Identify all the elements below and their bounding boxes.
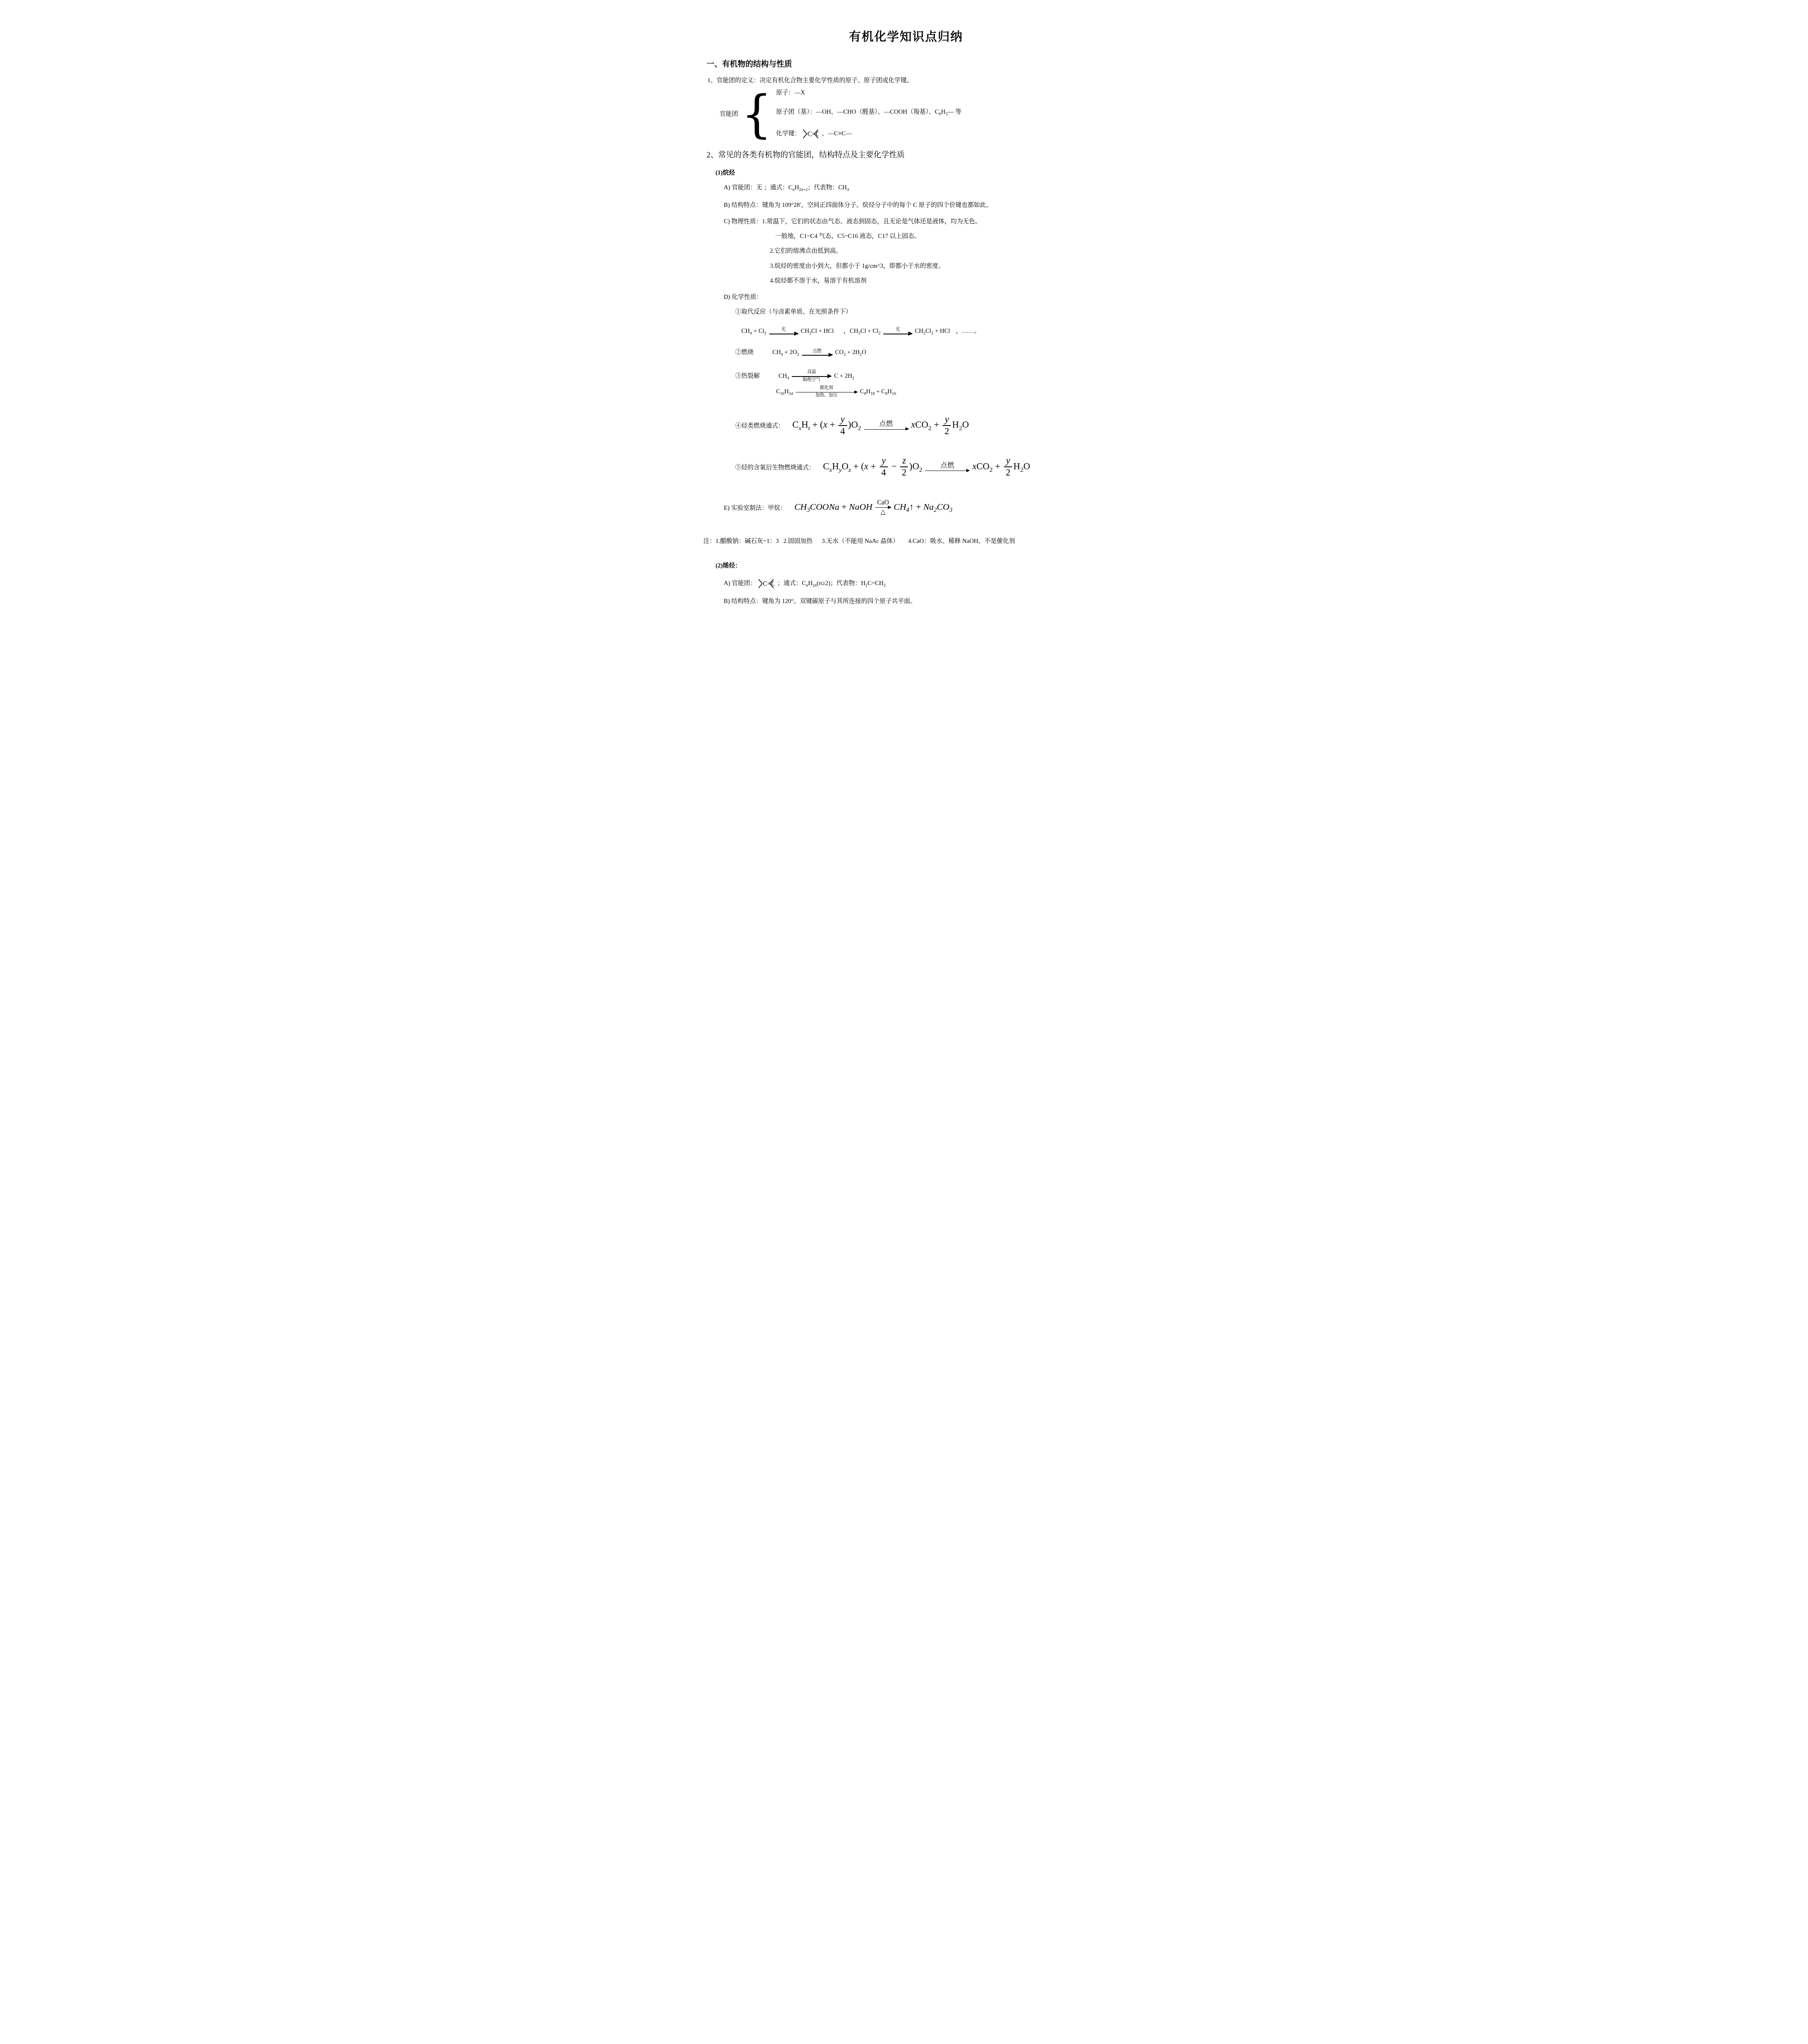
reaction-arrow: 光: [769, 327, 798, 335]
italic-variable: CO: [937, 502, 950, 512]
arrow-condition-bottom: 隔绝空气: [803, 378, 820, 383]
subscript: 16: [780, 392, 784, 396]
subscript: 2: [919, 466, 923, 473]
italic-variable: CH: [794, 502, 807, 512]
page-title: 有机化学知识点归纳: [707, 29, 1106, 45]
subscript: 3: [858, 331, 860, 336]
subscript: 2: [959, 424, 962, 431]
fraction: y4: [880, 456, 888, 478]
italic-variable: Na: [923, 502, 934, 512]
equation-combustion: ②燃烧CH4 + 2O2点燃CO2 + 2H2O: [735, 348, 1106, 358]
subscript: 6: [939, 112, 941, 117]
italic-variable: y: [945, 414, 949, 424]
subscript: 2: [865, 583, 867, 588]
arrow-condition-top: CaO: [877, 499, 889, 506]
note-line: 注：1.醋酸钠：碱石灰=1：3 2.固固加热 3.无水（不能用 NaAc 晶体）…: [703, 537, 1106, 545]
subscript: 8: [885, 392, 887, 396]
italic-variable: n: [819, 580, 822, 587]
section1-heading: 一、有机物的结构与性质: [707, 59, 1106, 70]
subscript: 2: [764, 331, 766, 336]
reaction-arrow: CaO△: [875, 499, 891, 516]
arrow-line: [875, 507, 891, 508]
subscript: 2: [858, 424, 861, 431]
arrow-condition-top: 光: [781, 327, 786, 332]
denominator: 4: [840, 426, 845, 437]
arrow-condition-top: 高温: [807, 370, 816, 375]
hydrocarbon-combustion-label: ④烃类燃烧通式：: [735, 423, 784, 429]
reaction-arrow: 点燃: [864, 420, 908, 430]
alkane-state-range-line: 一般地，C1~C4 气态，C5~C16 液态，C17 以上固态。: [775, 232, 1106, 240]
brace-glyph: {: [742, 89, 772, 139]
brace-items: 原子：—X 原子团（基）：—OH、—CHO（醛基）、—COOH（羧基）、C6H5…: [776, 89, 961, 139]
italic-subscript: y: [839, 466, 842, 473]
italic-subscript: x: [799, 424, 802, 431]
denominator: 4: [881, 467, 886, 478]
alkene-double-bond-icon: C=C: [802, 128, 819, 139]
subscript: 2: [883, 583, 885, 588]
subscript: 4: [781, 352, 783, 357]
numerator: y: [838, 415, 847, 426]
alkane-physical-line: C) 物理性质：1.常温下，它们的状态由气态、液态到固态，且无论是气体还是液体，…: [724, 217, 1106, 226]
italic-variable: x: [972, 461, 976, 471]
fraction: y2: [943, 415, 951, 437]
arrow-line: [769, 334, 798, 334]
subscript: 2: [844, 352, 846, 357]
alkane-density-line: 3.烷烃的密度由小到大，但都小于 1g/cm^3，即都小于水的密度。: [770, 262, 1106, 270]
arrow-condition-top: 点燃: [879, 420, 893, 428]
subscript: 3: [809, 331, 811, 336]
subscript: 4: [847, 188, 849, 192]
fraction: z2: [900, 456, 908, 478]
lab-method-label: E) 实验室制法：甲烷：: [724, 505, 786, 511]
arrow-line: [796, 392, 857, 392]
italic-variable: x: [823, 419, 827, 430]
denominator: 2: [902, 467, 907, 478]
arrow-condition-top: 点燃: [941, 462, 954, 469]
subscript: 2: [860, 352, 862, 357]
alkene-structure-line: B) 结构特点：键角为 120°。双键碳原子与其所连接的四个原子共平面。: [724, 597, 1106, 605]
italic-subscript: 2: [934, 507, 936, 513]
italic-variable: x: [911, 419, 915, 430]
equation-lab-methane: CH3COONa + NaOHCaO△CH4↑ + Na2CO3: [794, 502, 952, 512]
subscript: 8: [864, 392, 866, 396]
numerator: y: [1004, 456, 1012, 467]
numerator: z: [900, 456, 908, 467]
fraction: y4: [838, 415, 847, 437]
subscript: 2: [931, 331, 933, 336]
brace-label: 官能团: [720, 110, 738, 118]
alkene-double-bond-icon: C=C: [757, 578, 775, 589]
arrow-condition-bottom: 加热、加压: [816, 393, 838, 398]
reaction-arrow: 点燃: [802, 349, 832, 357]
subscript: 2: [852, 376, 854, 381]
italic-variable: y: [882, 455, 886, 466]
italic-subscript: n: [793, 188, 795, 192]
reaction-arrow: 光: [883, 327, 912, 335]
equation-pyrolysis-methane: ③热裂解CH4高温隔绝空气C + 2H2: [735, 370, 1106, 383]
equation-oxy-derivative-combustion-row: ⑤烃的含氧衍生物燃烧通式： CxHyOz + (x + y4 − z2)O2点燃…: [735, 456, 1106, 478]
arrow-condition-bottom: △: [880, 509, 885, 515]
equation-oxy-derivative-combustion: CxHyOz + (x + y4 − z2)O2点燃xCO2 + y2H2O: [823, 461, 1030, 471]
brace-item-bond: 化学键：C=C 、—C≡C—: [776, 128, 961, 139]
italic-subscript: n: [806, 583, 808, 588]
alkane-functional-group-line: A) 官能团：无 ；通式：CnH2n+2；代表物：CH4: [724, 184, 1106, 193]
italic-variable: y: [840, 414, 845, 424]
italic-subscript: 4: [906, 507, 909, 513]
subscript: 2: [923, 331, 925, 336]
functional-group-definition: 1、官能团的定义：决定有机化合物主要化学性质的原子、原子团或化学键。: [708, 76, 1106, 85]
alkene-heading: (2)烯烃：: [716, 562, 1106, 570]
italic-variable: CH: [894, 502, 906, 512]
alkane-heading: (1)烷烃: [716, 169, 1106, 177]
fraction: y2: [1004, 456, 1012, 478]
italic-subscript: t: [808, 424, 810, 431]
alkane-chemical-heading: D) 化学性质：: [724, 293, 1106, 301]
section2-heading: 2、常见的各类有机物的官能团，结构特点及主要化学性质: [707, 150, 1106, 161]
subscript: 2: [990, 466, 993, 473]
functional-group-brace: 官能团 { 原子：—X 原子团（基）：—OH、—CHO（醛基）、—COOH（羧基…: [720, 89, 1106, 139]
numerator: y: [943, 415, 951, 426]
italic-variable: x: [864, 461, 868, 471]
reaction-arrow: 点燃: [925, 462, 969, 472]
italic-subscript: 3: [949, 507, 952, 513]
subscript: 18: [871, 392, 875, 396]
subscript: 2: [928, 424, 932, 431]
arrow-condition-top: 光: [896, 327, 900, 332]
arrow-line: [792, 376, 831, 377]
italic-variable: NaOH: [849, 502, 872, 512]
reaction-arrow: 高温隔绝空气: [792, 370, 831, 383]
denominator: 2: [945, 426, 950, 437]
italic-variable: COONa: [810, 502, 839, 512]
subscript: 4: [750, 331, 752, 336]
reaction-arrow: 催化剂加热、加压: [796, 386, 857, 398]
equation-hydrocarbon-combustion: CxHt + (x + y4)O2点燃xCO2 + y2H2O: [792, 419, 969, 430]
equation-cracking-hexadecane: C16H34催化剂加热、加压C8H18 + C8H16: [776, 386, 1106, 398]
alkane-structure-line: B) 结构特点：键角为 109°28′，空间正四面体分子。烷烃分子中的每个 C …: [724, 201, 1106, 209]
alkene-functional-group-line: A) 官能团：C=C ；通式：CnH2n(n≥2)；代表物：H2C=CH2: [724, 578, 1106, 589]
arrow-line: [802, 355, 832, 356]
italic-variable: y: [1006, 455, 1010, 466]
subscript: 2: [797, 352, 799, 357]
subscript: 2: [878, 331, 880, 336]
document-page: 有机化学知识点归纳 一、有机物的结构与性质 1、官能团的定义：决定有机化合物主要…: [678, 0, 1130, 630]
subscript: 34: [789, 392, 793, 396]
numerator: y: [880, 456, 888, 467]
equation-lab-preparation-row: E) 实验室制法：甲烷： CH3COONa + NaOHCaO△CH4↑ + N…: [724, 499, 1106, 516]
italic-subscript: n: [815, 583, 817, 588]
subscript: +2: [803, 188, 808, 192]
subscript: 2: [1020, 466, 1024, 473]
subscript: 4: [787, 376, 789, 381]
alkane-solubility-line: 4.烷烃都不溶于水，易溶于有机溶剂: [770, 277, 1106, 285]
equation-substitution: CH4 + Cl2光CH3Cl + HCl，CH3Cl + Cl2光CH2Cl2…: [742, 327, 1106, 336]
subscript: 5: [945, 112, 948, 117]
italic-subscript: x: [829, 466, 832, 473]
equation-hydrocarbon-combustion-row: ④烃类燃烧通式： CxHt + (x + y4)O2点燃xCO2 + y2H2O: [735, 415, 1106, 437]
brace-item-atom: 原子：—X: [776, 89, 961, 97]
denominator: 2: [1006, 467, 1010, 478]
oxy-derivative-combustion-label: ⑤烃的含氧衍生物燃烧通式：: [735, 464, 815, 471]
italic-variable: z: [902, 455, 906, 466]
substitution-reaction-heading: ①取代反应（与卤素单质、在光照条件下）: [735, 308, 1106, 316]
arrow-line: [864, 429, 908, 430]
svg-text:C=C: C=C: [807, 130, 819, 138]
alkane-boiling-point-line: 2.它们的熔沸点由低到高。: [770, 247, 1106, 255]
arrow-line: [883, 334, 912, 334]
svg-text:C=C: C=C: [763, 580, 775, 588]
arrow-condition-top: 点燃: [813, 349, 822, 354]
arrow-line: [925, 471, 969, 471]
brace-item-group: 原子团（基）：—OH、—CHO（醛基）、—COOH（羧基）、C6H5— 等: [776, 108, 961, 117]
arrow-condition-top: 催化剂: [820, 386, 833, 391]
subscript: 16: [892, 392, 896, 396]
italic-subscript: z: [849, 466, 851, 473]
